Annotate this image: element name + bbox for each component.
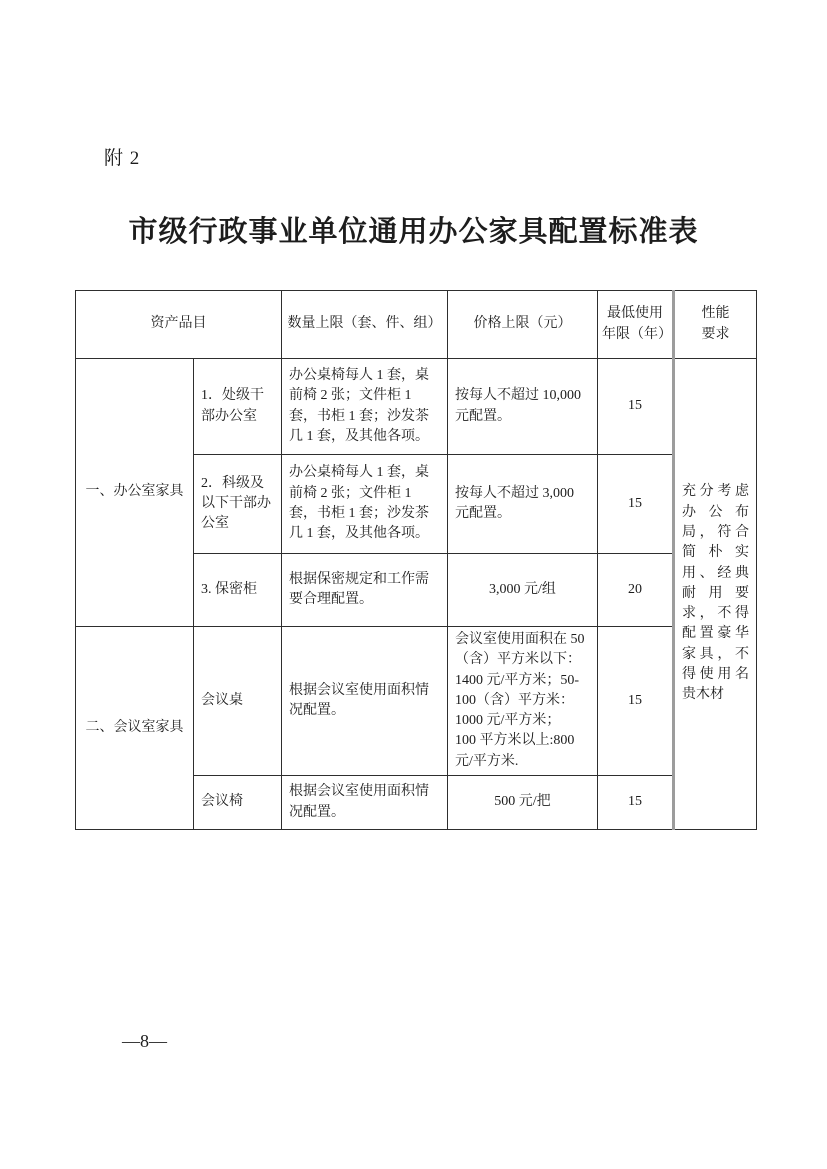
- header-min-service-years: 最低使用 年限（年）: [598, 291, 674, 359]
- years-cell: 15: [598, 359, 674, 455]
- price-cell: 会议室使用面积在 50（含）平方米以下：1400 元/平方米；50-100（含）…: [448, 627, 598, 776]
- quantity-cell: 根据会议室使用面积情况配置。: [282, 776, 448, 830]
- price-cell: 3,000 元/组: [448, 554, 598, 627]
- table-header-row: 资产品目 数量上限（套、件、组） 价格上限（元） 最低使用 年限（年） 性能 要…: [76, 291, 757, 359]
- years-cell: 15: [598, 776, 674, 830]
- years-cell: 15: [598, 455, 674, 554]
- quantity-cell: 根据保密规定和工作需要合理配置。: [282, 554, 448, 627]
- furniture-standards-table: 资产品目 数量上限（套、件、组） 价格上限（元） 最低使用 年限（年） 性能 要…: [75, 290, 757, 830]
- quantity-cell: 办公桌椅每人 1 套，桌前椅 2 张；文件柜 1 套，书柜 1 套；沙发茶几 1…: [282, 455, 448, 554]
- quantity-cell: 办公桌椅每人 1 套，桌前椅 2 张；文件柜 1 套，书柜 1 套；沙发茶几 1…: [282, 359, 448, 455]
- price-cell: 按每人不超过 10,000 元配置。: [448, 359, 598, 455]
- performance-note-cell: 充分考虑办公布局，符合简朴实用、经典耐用要求，不得配置豪华家具，不得使用名贵木材: [674, 359, 757, 830]
- item-cell: 会议椅: [194, 776, 282, 830]
- quantity-cell: 根据会议室使用面积情况配置。: [282, 627, 448, 776]
- years-cell: 20: [598, 554, 674, 627]
- header-asset-category: 资产品目: [76, 291, 282, 359]
- price-cell: 按每人不超过 3,000 元配置。: [448, 455, 598, 554]
- item-cell: 1．处级干部办公室: [194, 359, 282, 455]
- item-cell: 2．科级及以下干部办公室: [194, 455, 282, 554]
- item-cell: 3. 保密柜: [194, 554, 282, 627]
- header-price-limit: 价格上限（元）: [448, 291, 598, 359]
- header-quantity-limit: 数量上限（套、件、组）: [282, 291, 448, 359]
- page-number: —8—: [122, 1031, 167, 1052]
- category-group-meeting: 二、会议室家具: [76, 627, 194, 830]
- category-group-office: 一、办公室家具: [76, 359, 194, 627]
- table-row: 二、会议室家具 会议桌 根据会议室使用面积情况配置。 会议室使用面积在 50（含…: [76, 627, 757, 776]
- page-title: 市级行政事业单位通用办公家具配置标准表: [0, 209, 827, 250]
- years-cell: 15: [598, 627, 674, 776]
- item-cell: 会议桌: [194, 627, 282, 776]
- attachment-label: 附 2: [104, 143, 140, 170]
- price-cell: 500 元/把: [448, 776, 598, 830]
- header-performance: 性能 要求: [674, 291, 757, 359]
- document-page: 附 2 市级行政事业单位通用办公家具配置标准表 资产品目 数量上限（套、件、组）…: [0, 0, 827, 1169]
- table-row: 一、办公室家具 1．处级干部办公室 办公桌椅每人 1 套，桌前椅 2 张；文件柜…: [76, 359, 757, 455]
